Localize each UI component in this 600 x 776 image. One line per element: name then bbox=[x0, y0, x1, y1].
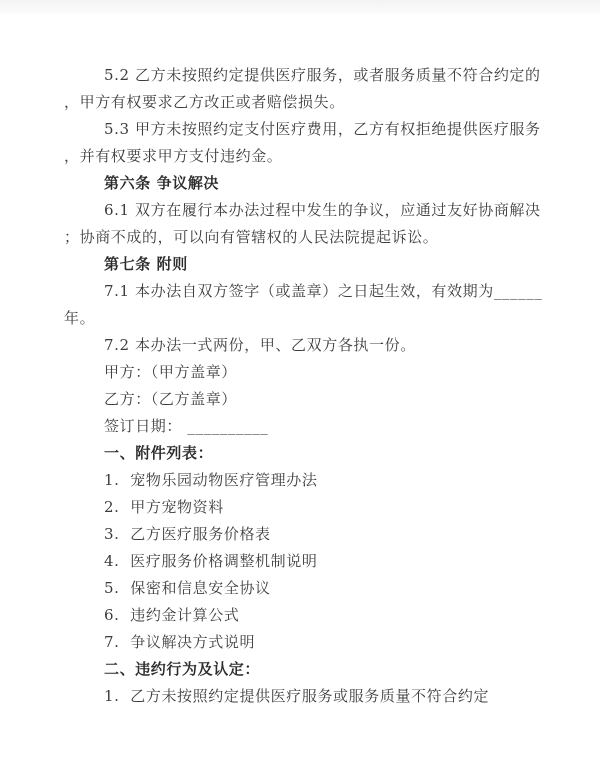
clause-5-2: 5.2 乙方未按照约定提供医疗服务，或者服务质量不符合约定的 bbox=[64, 62, 544, 89]
party-b-seal-line: 乙方：（乙方盖章） bbox=[64, 386, 544, 413]
attachment-item-6: 6. 违约金计算公式 bbox=[64, 602, 544, 629]
page-top-edge bbox=[0, 0, 600, 14]
clause-5-3: 5.3 甲方未按照约定支付医疗费用，乙方有权拒绝提供医疗服务 bbox=[64, 116, 544, 143]
attachment-item-2: 2. 甲方宠物资料 bbox=[64, 494, 544, 521]
clause-5-3-continued: ，并有权要求甲方支付违约金。 bbox=[64, 143, 544, 170]
signing-date-blank: 签订日期： __________ bbox=[64, 413, 544, 440]
contract-text-block: 5.2 乙方未按照约定提供医疗服务，或者服务质量不符合约定的 ，甲方有权要求乙方… bbox=[64, 62, 544, 710]
clause-7-2-copies: 7.2 本办法一式两份，甲、乙双方各执一份。 bbox=[64, 332, 544, 359]
attachment-item-7: 7. 争议解决方式说明 bbox=[64, 629, 544, 656]
attachment-item-3: 3. 乙方医疗服务价格表 bbox=[64, 521, 544, 548]
clause-7-1-validity-blank: 7.1 本办法自双方签字（或盖章）之日起生效，有效期为______ bbox=[64, 278, 544, 305]
clause-5-2-continued: ，甲方有权要求乙方改正或者赔偿损失。 bbox=[64, 89, 544, 116]
heading-attachment-list: 一、附件列表： bbox=[64, 440, 544, 467]
clause-6-1-continued: ；协商不成的，可以向有管辖权的人民法院提起诉讼。 bbox=[64, 224, 544, 251]
attachment-item-5: 5. 保密和信息安全协议 bbox=[64, 575, 544, 602]
clause-6-1: 6.1 双方在履行本办法过程中发生的争议，应通过友好协商解决 bbox=[64, 197, 544, 224]
heading-breach-definition: 二、违约行为及认定： bbox=[64, 656, 544, 683]
attachment-item-4: 4. 医疗服务价格调整机制说明 bbox=[64, 548, 544, 575]
party-a-seal-line: 甲方：（甲方盖章） bbox=[64, 359, 544, 386]
heading-article-7-supplementary: 第七条 附则 bbox=[64, 251, 544, 278]
clause-7-1-continued-year: 年。 bbox=[64, 305, 544, 332]
breach-item-1: 1. 乙方未按照约定提供医疗服务或服务质量不符合约定 bbox=[64, 683, 544, 710]
document-page: 5.2 乙方未按照约定提供医疗服务，或者服务质量不符合约定的 ，甲方有权要求乙方… bbox=[0, 0, 600, 776]
attachment-item-1: 1. 宠物乐园动物医疗管理办法 bbox=[64, 467, 544, 494]
heading-article-6-dispute-resolution: 第六条 争议解决 bbox=[64, 170, 544, 197]
